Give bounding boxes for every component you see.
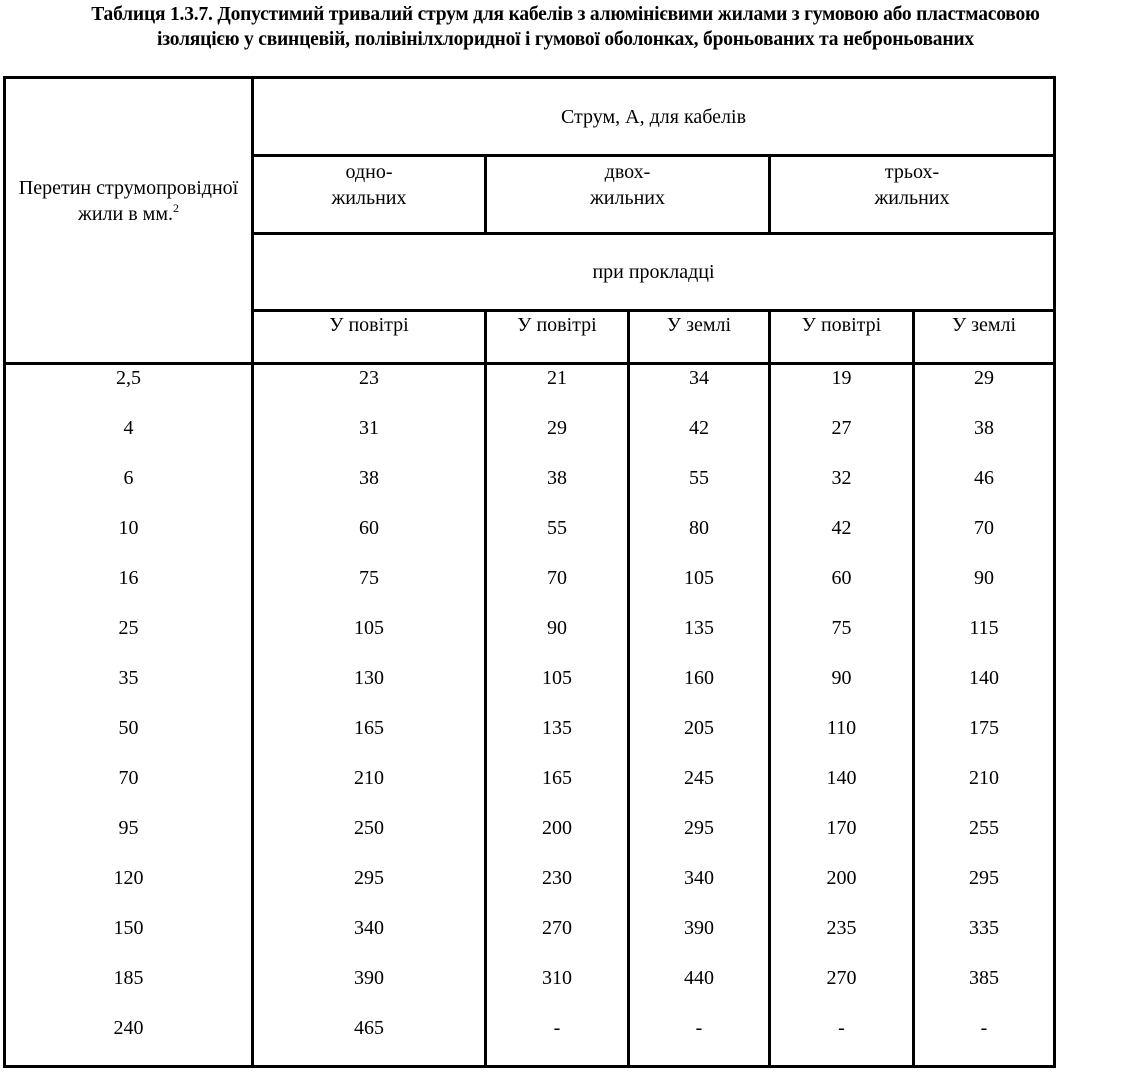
two-air-cell: 135: [486, 715, 629, 765]
three-air-cell: 75: [770, 615, 914, 665]
two-air-cell: 29: [486, 415, 629, 465]
single-air-cell: 75: [253, 565, 486, 615]
three-air-cell: 19: [770, 364, 914, 416]
condition-header: У повітрі: [486, 311, 629, 364]
table-row: 251059013575115: [5, 615, 1055, 665]
single-air-cell: 31: [253, 415, 486, 465]
three-ground-cell: -: [914, 1015, 1055, 1067]
cross-section-sup: 2: [173, 201, 179, 215]
two-ground-cell: 55: [629, 465, 770, 515]
table-row: 2,52321341929: [5, 364, 1055, 416]
two-ground-cell: 135: [629, 615, 770, 665]
two-air-cell: 70: [486, 565, 629, 615]
three-air-cell: 60: [770, 565, 914, 615]
cell-value: 29: [487, 415, 627, 441]
condition-label: У землі: [952, 314, 1016, 336]
cell-value: 55: [630, 465, 768, 491]
group-line1: одно-: [254, 159, 484, 185]
table-row: 106055804270: [5, 515, 1055, 565]
cross-section-cell: 2,5: [5, 364, 253, 416]
group-line2: жильних: [771, 185, 1053, 211]
three-air-cell: 270: [770, 965, 914, 1015]
cross-section-cell: 35: [5, 665, 253, 715]
three-air-cell: 110: [770, 715, 914, 765]
three-air-cell: 90: [770, 665, 914, 715]
table-row: 95250200295170255: [5, 815, 1055, 865]
cell-value: 295: [254, 865, 484, 891]
two-air-cell: 105: [486, 665, 629, 715]
two-air-cell: 38: [486, 465, 629, 515]
cell-value: 38: [254, 465, 484, 491]
cell-value: 75: [771, 615, 912, 641]
cell-value: 80: [630, 515, 768, 541]
cell-value: 60: [771, 565, 912, 591]
cell-value: 255: [915, 815, 1053, 841]
cell-value: 200: [771, 865, 912, 891]
cell-value: 75: [254, 565, 484, 591]
table-row: 43129422738: [5, 415, 1055, 465]
table-row: 240465----: [5, 1015, 1055, 1067]
cell-value: 23: [254, 365, 484, 391]
group-header-single: одно- жильних: [253, 156, 486, 234]
cell-value: 29: [915, 365, 1053, 391]
cell-value: 240: [6, 1015, 251, 1041]
cell-value: 335: [915, 915, 1053, 941]
single-air-cell: 60: [253, 515, 486, 565]
cell-value: 55: [487, 515, 627, 541]
cell-value: -: [630, 1015, 768, 1041]
two-air-cell: 200: [486, 815, 629, 865]
three-air-cell: 140: [770, 765, 914, 815]
single-air-cell: 295: [253, 865, 486, 915]
two-air-cell: 270: [486, 915, 629, 965]
cell-value: 120: [6, 865, 251, 891]
cell-value: 25: [6, 615, 251, 641]
table-row: 50165135205110175: [5, 715, 1055, 765]
group-header-two: двох- жильних: [486, 156, 770, 234]
caption-line-1: Таблиця 1.3.7. Допустимий тривалий струм…: [0, 2, 1131, 27]
table-body: 2,52321341929431294227386383855324610605…: [5, 364, 1055, 1067]
table-row: 150340270390235335: [5, 915, 1055, 965]
condition-header: У повітрі: [253, 311, 486, 364]
two-air-cell: -: [486, 1015, 629, 1067]
cross-section-header: Перетин струмопровідної жили в мм.2: [5, 78, 253, 364]
condition-header: У повітрі: [770, 311, 914, 364]
cross-section-cell: 25: [5, 615, 253, 665]
group-header-three: трьох- жильних: [770, 156, 1055, 234]
table-row: 63838553246: [5, 465, 1055, 515]
cell-value: 95: [6, 815, 251, 841]
cell-value: 105: [254, 615, 484, 641]
three-ground-cell: 255: [914, 815, 1055, 865]
two-air-cell: 21: [486, 364, 629, 416]
cell-value: 185: [6, 965, 251, 991]
cell-value: 27: [771, 415, 912, 441]
cell-value: 160: [630, 665, 768, 691]
two-air-cell: 90: [486, 615, 629, 665]
cell-value: 10: [6, 515, 251, 541]
three-air-cell: 200: [770, 865, 914, 915]
table-row: 70210165245140210: [5, 765, 1055, 815]
cell-value: 105: [487, 665, 627, 691]
cell-value: 150: [6, 915, 251, 941]
group-line1: трьох-: [771, 159, 1053, 185]
cell-value: 16: [6, 565, 251, 591]
three-ground-cell: 335: [914, 915, 1055, 965]
cell-value: 46: [915, 465, 1053, 491]
cross-section-cell: 240: [5, 1015, 253, 1067]
cell-value: 205: [630, 715, 768, 741]
cell-value: 465: [254, 1015, 484, 1041]
cell-value: 110: [771, 715, 912, 741]
current-table: Перетин струмопровідної жили в мм.2 Стру…: [3, 76, 1056, 1068]
cell-value: 175: [915, 715, 1053, 741]
two-air-cell: 55: [486, 515, 629, 565]
single-air-cell: 38: [253, 465, 486, 515]
cross-section-cell: 150: [5, 915, 253, 965]
three-air-cell: 235: [770, 915, 914, 965]
cell-value: 70: [915, 515, 1053, 541]
current-header: Струм, А, для кабелів: [253, 78, 1055, 156]
cell-value: 440: [630, 965, 768, 991]
three-ground-cell: 70: [914, 515, 1055, 565]
cell-value: 2,5: [6, 365, 251, 391]
two-air-cell: 310: [486, 965, 629, 1015]
laying-header: при прокладці: [253, 234, 1055, 311]
two-ground-cell: 340: [629, 865, 770, 915]
condition-label: У землі: [667, 314, 731, 336]
cell-value: 270: [771, 965, 912, 991]
cross-section-cell: 4: [5, 415, 253, 465]
three-air-cell: 32: [770, 465, 914, 515]
two-ground-cell: 160: [629, 665, 770, 715]
cell-value: 140: [771, 765, 912, 791]
cell-value: 200: [487, 815, 627, 841]
single-air-cell: 250: [253, 815, 486, 865]
three-ground-cell: 385: [914, 965, 1055, 1015]
cell-value: 70: [487, 565, 627, 591]
cell-value: 135: [630, 615, 768, 641]
cell-value: 50: [6, 715, 251, 741]
cell-value: 90: [915, 565, 1053, 591]
cell-value: 295: [915, 865, 1053, 891]
cell-value: 385: [915, 965, 1053, 991]
two-ground-cell: 42: [629, 415, 770, 465]
three-ground-cell: 175: [914, 715, 1055, 765]
cell-value: 32: [771, 465, 912, 491]
three-ground-cell: 38: [914, 415, 1055, 465]
single-air-cell: 105: [253, 615, 486, 665]
cross-section-label: Перетин струмопровідної жили в мм.: [19, 177, 238, 225]
two-ground-cell: 295: [629, 815, 770, 865]
cell-value: -: [771, 1015, 912, 1041]
table-row: 1675701056090: [5, 565, 1055, 615]
three-air-cell: 42: [770, 515, 914, 565]
cell-value: -: [915, 1015, 1053, 1041]
two-ground-cell: 80: [629, 515, 770, 565]
cross-section-cell: 16: [5, 565, 253, 615]
cell-value: 115: [915, 615, 1053, 641]
table-row: 120295230340200295: [5, 865, 1055, 915]
cell-value: 390: [630, 915, 768, 941]
cell-value: 295: [630, 815, 768, 841]
cell-value: 170: [771, 815, 912, 841]
cell-value: 130: [254, 665, 484, 691]
cell-value: 19: [771, 365, 912, 391]
table-caption: Таблиця 1.3.7. Допустимий тривалий струм…: [0, 2, 1131, 52]
single-air-cell: 340: [253, 915, 486, 965]
single-air-cell: 130: [253, 665, 486, 715]
cell-value: 165: [254, 715, 484, 741]
laying-label: при прокладці: [592, 261, 714, 283]
three-ground-cell: 29: [914, 364, 1055, 416]
cell-value: 230: [487, 865, 627, 891]
single-air-cell: 165: [253, 715, 486, 765]
three-air-cell: -: [770, 1015, 914, 1067]
cell-value: 31: [254, 415, 484, 441]
two-ground-cell: 390: [629, 915, 770, 965]
three-air-cell: 27: [770, 415, 914, 465]
cell-value: 90: [771, 665, 912, 691]
condition-label: У повітрі: [329, 314, 408, 336]
cross-section-cell: 185: [5, 965, 253, 1015]
current-label: Струм, А, для кабелів: [561, 106, 746, 128]
three-air-cell: 170: [770, 815, 914, 865]
single-air-cell: 465: [253, 1015, 486, 1067]
cell-value: 42: [630, 415, 768, 441]
cell-value: 165: [487, 765, 627, 791]
two-air-cell: 165: [486, 765, 629, 815]
condition-header: У землі: [629, 311, 770, 364]
three-ground-cell: 295: [914, 865, 1055, 915]
cell-value: 38: [487, 465, 627, 491]
cell-value: 270: [487, 915, 627, 941]
cell-value: 140: [915, 665, 1053, 691]
cell-value: 310: [487, 965, 627, 991]
cell-value: 4: [6, 415, 251, 441]
cell-value: 90: [487, 615, 627, 641]
three-ground-cell: 210: [914, 765, 1055, 815]
two-ground-cell: 105: [629, 565, 770, 615]
single-air-cell: 390: [253, 965, 486, 1015]
cell-value: 210: [915, 765, 1053, 791]
cell-value: 245: [630, 765, 768, 791]
cell-value: 390: [254, 965, 484, 991]
cross-section-cell: 6: [5, 465, 253, 515]
two-ground-cell: 245: [629, 765, 770, 815]
cross-section-cell: 70: [5, 765, 253, 815]
cell-value: 42: [771, 515, 912, 541]
cell-value: 21: [487, 365, 627, 391]
cell-value: 340: [254, 915, 484, 941]
cell-value: 38: [915, 415, 1053, 441]
single-air-cell: 210: [253, 765, 486, 815]
condition-header: У землі: [914, 311, 1055, 364]
single-air-cell: 23: [253, 364, 486, 416]
cross-section-cell: 120: [5, 865, 253, 915]
cell-value: 60: [254, 515, 484, 541]
two-ground-cell: -: [629, 1015, 770, 1067]
cell-value: 6: [6, 465, 251, 491]
two-ground-cell: 440: [629, 965, 770, 1015]
cell-value: 105: [630, 565, 768, 591]
cell-value: 135: [487, 715, 627, 741]
two-ground-cell: 34: [629, 364, 770, 416]
three-ground-cell: 46: [914, 465, 1055, 515]
cell-value: 35: [6, 665, 251, 691]
two-ground-cell: 205: [629, 715, 770, 765]
two-air-cell: 230: [486, 865, 629, 915]
cell-value: 210: [254, 765, 484, 791]
cross-section-cell: 95: [5, 815, 253, 865]
three-ground-cell: 115: [914, 615, 1055, 665]
group-line2: жильних: [254, 185, 484, 211]
cross-section-cell: 10: [5, 515, 253, 565]
condition-label: У повітрі: [517, 314, 596, 336]
cell-value: 340: [630, 865, 768, 891]
cell-value: -: [487, 1015, 627, 1041]
cross-section-cell: 50: [5, 715, 253, 765]
group-line1: двох-: [487, 159, 768, 185]
table-row: 3513010516090140: [5, 665, 1055, 715]
three-ground-cell: 90: [914, 565, 1055, 615]
three-ground-cell: 140: [914, 665, 1055, 715]
cell-value: 235: [771, 915, 912, 941]
table-row: 185390310440270385: [5, 965, 1055, 1015]
cell-value: 250: [254, 815, 484, 841]
condition-label: У повітрі: [802, 314, 881, 336]
group-line2: жильних: [487, 185, 768, 211]
caption-line-2: ізоляцією у свинцевій, полівінілхлоридно…: [0, 27, 1131, 52]
cell-value: 34: [630, 365, 768, 391]
cell-value: 70: [6, 765, 251, 791]
